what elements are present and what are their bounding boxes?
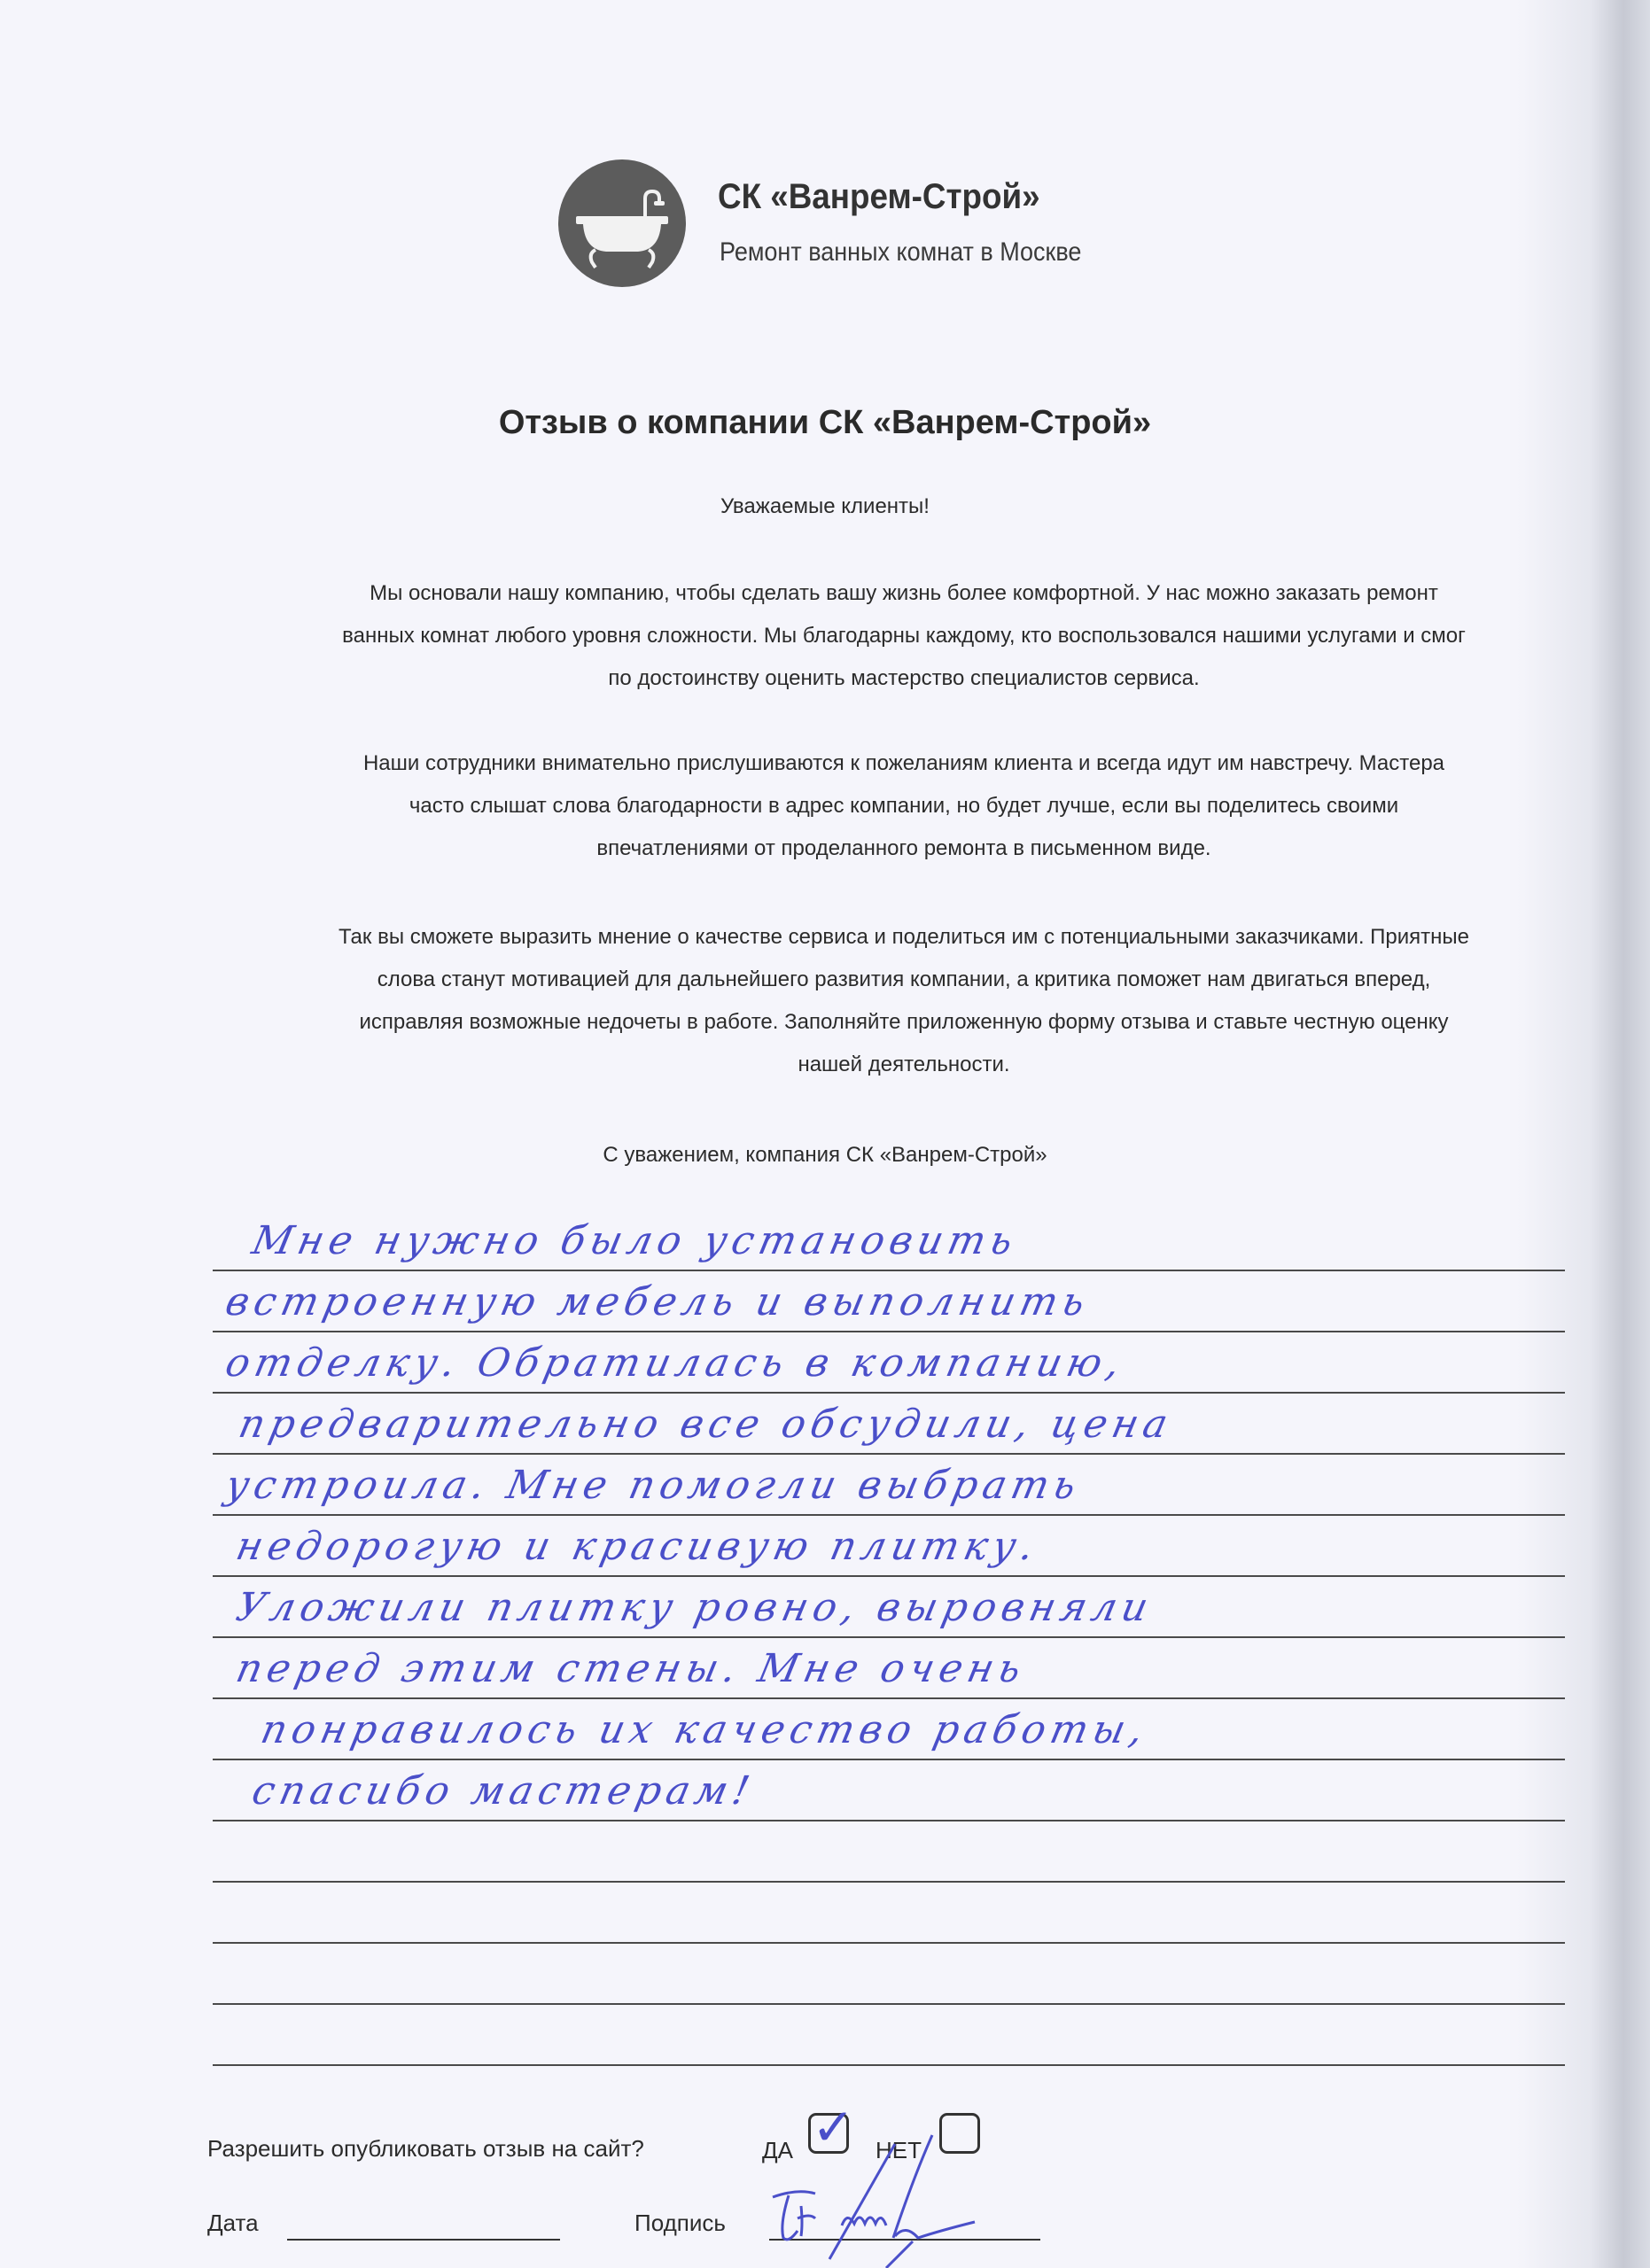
handwritten-line: понравилось их качество работы,	[257, 1707, 1153, 1752]
paragraph-line: слова станут мотивацией для дальнейшего …	[195, 959, 1613, 1001]
intro-paragraph-3: Так вы сможете выразить мнение о качеств…	[195, 916, 1613, 1086]
ruled-line	[213, 1820, 1565, 1821]
paragraph-line: Мы основали нашу компанию, чтобы сделать…	[195, 572, 1613, 615]
ruled-line	[213, 1453, 1565, 1455]
brand-tagline: Ремонт ванных комнат в Москве	[720, 237, 1081, 268]
intro-paragraph-1: Мы основали нашу компанию, чтобы сделать…	[195, 572, 1613, 700]
ruled-line	[213, 1575, 1565, 1577]
handwritten-line: Мне нужно было установить	[248, 1218, 1022, 1263]
ruled-line	[213, 1636, 1565, 1638]
intro-paragraph-2: Наши сотрудники внимательно прислушивают…	[195, 742, 1613, 870]
paragraph-line: ванных комнат любого уровня сложности. М…	[195, 615, 1613, 657]
paragraph-line: по достоинству оценить мастерство специа…	[195, 657, 1613, 700]
handwritten-line: недорогую и красивую плитку.	[232, 1524, 1043, 1569]
signature-label: Подпись	[634, 2210, 726, 2237]
ruled-line	[213, 1392, 1565, 1394]
paragraph-line: нашей деятельности.	[195, 1044, 1613, 1086]
ruled-line	[213, 1514, 1565, 1516]
handwritten-line: Уложили плитку ровно, выровняли	[232, 1585, 1157, 1630]
ruled-line	[213, 2003, 1565, 2005]
ruled-line	[213, 2064, 1565, 2066]
handwritten-line: встроенную мебель и выполнить	[222, 1279, 1094, 1324]
handwritten-line: перед этим стены. Мне очень	[232, 1646, 1031, 1691]
handwritten-signature	[762, 2126, 1055, 2268]
handwritten-line: спасибо мастерам!	[248, 1768, 759, 1814]
document-title: Отзыв о компании СК «Ванрем-Строй»	[0, 404, 1650, 442]
ruled-line	[213, 1942, 1565, 1944]
ruled-line	[213, 1881, 1565, 1883]
paragraph-line: Так вы сможете выразить мнение о качеств…	[195, 916, 1613, 959]
date-field[interactable]	[287, 2239, 560, 2241]
ruled-line	[213, 1270, 1565, 1271]
date-label: Дата	[207, 2210, 259, 2237]
handwritten-line: предварительно все обсудили, цена	[235, 1402, 1177, 1447]
closing-signature: С уважением, компания СК «Ванрем-Строй»	[0, 1143, 1650, 1168]
ruled-line	[213, 1331, 1565, 1332]
paragraph-line: часто слышат слова благодарности в адрес…	[195, 785, 1613, 827]
scan-artifact	[1517, 0, 1650, 2268]
paragraph-line: Наши сотрудники внимательно прислушивают…	[195, 742, 1613, 785]
publish-question: Разрешить опубликовать отзыв на сайт?	[207, 2135, 644, 2163]
handwritten-line: устроила. Мне помогли выбрать	[222, 1463, 1086, 1508]
handwritten-line: отделку. Обратилась в компанию,	[222, 1340, 1129, 1386]
ruled-line	[213, 1759, 1565, 1760]
paragraph-line: исправляя возможные недочеты в работе. З…	[195, 1001, 1613, 1044]
brand-name: СК «Ванрем-Строй»	[718, 177, 1040, 217]
paragraph-line: впечатлениями от проделанного ремонта в …	[195, 827, 1613, 870]
ruled-line	[213, 1697, 1565, 1699]
bathtub-icon	[556, 158, 688, 289]
greeting: Уважаемые клиенты!	[0, 494, 1650, 519]
